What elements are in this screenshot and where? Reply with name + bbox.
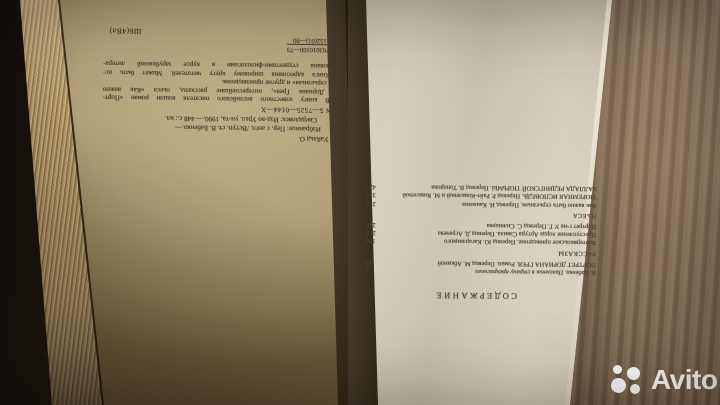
catalog-index-denominator: 152(01)—90 <box>287 36 333 46</box>
annotation-paragraph: В книгу известного английского писателя … <box>103 49 344 104</box>
toc-title: СОДЕРЖАНИЕ <box>351 290 599 302</box>
bibliographic-record: Уайльд О. У13 Избранное: Пер. с англ. /В… <box>100 99 343 144</box>
toc-entry-page: 196 <box>366 236 376 244</box>
toc-entry-page: 246 <box>366 220 376 228</box>
toc-entry-label: БАЛЛАДА РЕДИНГСКОЙ ТЮРЬМЫ. Перевод В. То… <box>431 183 596 193</box>
toc-entry-page: 5 <box>366 266 369 274</box>
toc-entry-label: Преступление лорда Артура Сэвила. Перево… <box>438 229 596 239</box>
toc-entry-page: 255 <box>366 198 376 206</box>
toc-entry-label: Как важно быть серьезным. Перевод И. Каш… <box>462 199 596 208</box>
toc-entry-label: РАССКАЗЫ <box>558 248 596 257</box>
biblio-title: Избранное: Пер. с англ. /Вступ. ст. В. Б… <box>175 122 321 133</box>
toc-entry-label: ПОРТРЕТ ДОРИАНА ГРЕЯ. Роман. Перевод М. … <box>438 258 596 268</box>
toc-list: В. Бабенко. Паломник в страну прекрасног… <box>352 182 601 276</box>
table-of-contents: СОДЕРЖАНИЕ В. Бабенко. Паломник в страну… <box>351 162 600 304</box>
toc-entry-label: В. Бабенко. Паломник в страну прекрасног… <box>475 267 595 276</box>
toc-entry-page: 19 <box>366 258 372 266</box>
toc-entry-label: ТЮРЕМНАЯ ИСПОВЕДЬ. Перевод Р. Райт-Ковал… <box>402 191 596 201</box>
avito-logo-icon <box>610 362 646 398</box>
avito-wordmark: Avito <box>651 364 717 396</box>
toc-section-heading: РАССКАЗЫ <box>366 246 596 256</box>
toc-section-heading: ПЬЕСА <box>366 209 596 219</box>
toc-entry-label: ПЬЕСА <box>572 210 596 218</box>
bbk-code: Ш6(4Вл) <box>109 27 141 36</box>
toc-entry-label: Портрет г-на У. Г. Перевод С. Силищева <box>487 221 596 230</box>
toc-entry-page: 219 <box>366 228 376 236</box>
book-photo: У 4703010100—73 152(01)—90 Ш6(4Вл) В кни… <box>0 0 720 405</box>
toc-entry-page: 337 <box>366 190 376 198</box>
toc-entry-page: 427 <box>366 182 376 190</box>
toc-entry-label: Кентервильское привидение. Перевод Ю. Ка… <box>444 237 596 247</box>
avito-watermark: Avito <box>610 360 718 400</box>
biblio-index: У13 <box>321 124 343 134</box>
catalog-index-prefix: У <box>338 40 343 49</box>
